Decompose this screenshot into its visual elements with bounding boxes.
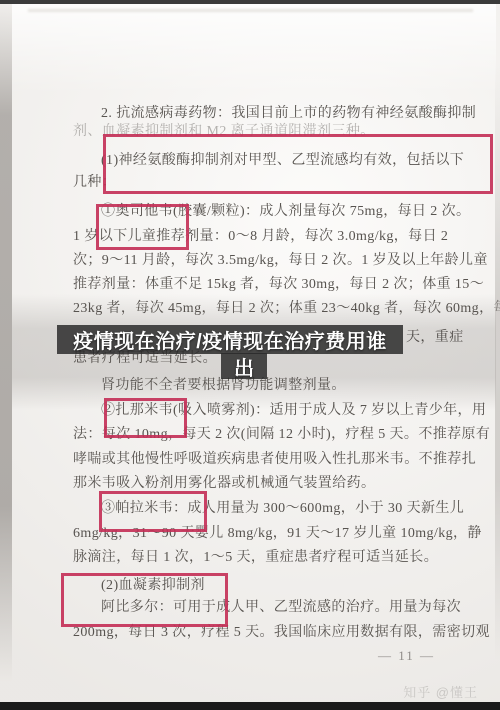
photo-glare-top — [12, 4, 496, 94]
doc-line: 200mg，每日 3 次，疗程 5 天。我国临床应用数据有限，需密切观 — [73, 625, 497, 640]
doc-line: 阿比多尔：可用于成人甲、乙型流感的治疗。用量为每次 — [73, 600, 497, 615]
photo-ghost-line — [28, 9, 473, 12]
doc-line: 几种： — [73, 175, 497, 190]
doc-line: 次；9～11 月龄，每次 3.5mg/kg，每日 2 次。1 岁及以上年龄儿童 — [73, 253, 497, 268]
doc-line: 那米韦吸入粉剂用雾化器或机械通气装置给药。 — [73, 476, 497, 491]
doc-line: 23kg 者，每次 45mg，每日 2 次；体重 23～40kg 者，每次 60… — [73, 301, 497, 316]
page-number: — 11 — — [378, 648, 435, 664]
photo-left-edge — [0, 4, 12, 702]
photo-top-edge — [0, 0, 500, 4]
doc-line: 法：每次 10mg，每天 2 次(间隔 12 小时)，疗程 5 天。不推荐原有 — [73, 427, 497, 442]
photo-right-edge — [495, 60, 500, 660]
caption-overlay-line1: 疫情现在治疗/疫情现在治疗费用谁 — [57, 325, 403, 354]
doc-line: ③帕拉米韦：成人用量为 300～600mg，小于 30 天新生儿 — [73, 501, 497, 516]
document-photo: 2. 抗流感病毒药物：我国目前上市的药物有神经氨酸酶抑制 剂、血凝素抑制剂和 M… — [0, 0, 500, 710]
doc-line: 肾功能不全者要根据肾功能调整剂量。 — [73, 378, 497, 393]
doc-line: 脉滴注，每日 1 次，1～5 天，重症患者疗程可适当延长。 — [73, 550, 497, 565]
zhihu-watermark: 知乎 @懂王 — [403, 682, 478, 701]
caption-overlay-line2: 出 — [221, 353, 267, 379]
doc-line: ②扎那米韦(吸入喷雾剂)：适用于成人及 7 岁以上青少年，用 — [73, 403, 497, 418]
doc-line: 剂、血凝素抑制剂和 M2 离子通道阻滞剂三种。 — [73, 124, 497, 139]
doc-line: 哮喘或其他慢性呼吸道疾病患者使用吸入性扎那米韦。不推荐扎 — [73, 452, 497, 467]
doc-line-fragment: 天，重症 — [406, 326, 464, 346]
photo-bottom-edge — [0, 702, 500, 710]
doc-line: ①奥司他韦(胶囊/颗粒)：成人剂量每次 75mg，每日 2 次。 — [73, 204, 497, 219]
doc-line: 1 岁以下儿童推荐剂量：0～8 月龄，每次 3.0mg/kg，每日 2 — [73, 229, 497, 244]
doc-line: (1)神经氨酸酶抑制剂对甲型、乙型流感均有效，包括以下 — [73, 153, 497, 168]
doc-line: 2. 抗流感病毒药物：我国目前上市的药物有神经氨酸酶抑制 — [73, 106, 497, 121]
doc-line: 6mg/kg，31～90 天婴儿 8mg/kg，91 天～17 岁儿童 10mg… — [73, 526, 497, 541]
doc-line: 推荐剂量：体重不足 15kg 者，每次 30mg，每日 2 次；体重 15～ — [73, 277, 497, 292]
doc-line: (2)血凝素抑制剂 — [73, 578, 497, 593]
